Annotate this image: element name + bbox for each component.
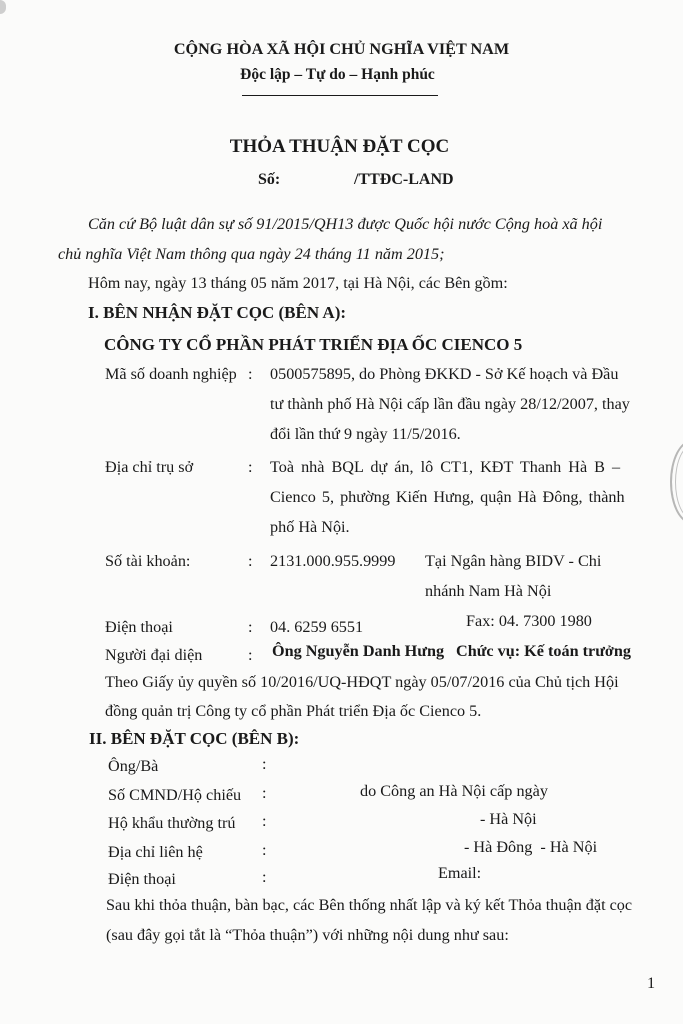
address-line2: Cienco 5, phường Kiến Hưng, quận Hà Đông…	[270, 488, 625, 507]
address-sep: :	[248, 458, 253, 477]
authorization-line1: Theo Giấy ủy quyền số 10/2016/UQ-HĐQT ng…	[105, 673, 619, 692]
motto: Độc lập – Tự do – Hạnh phúc	[0, 66, 679, 84]
tax-id-line2: tư thành phố Hà Nội cấp lần đầu ngày 28/…	[270, 395, 630, 414]
tax-id-label: Mã số doanh nghiệp	[105, 365, 237, 384]
party-b-address-value: - Hà Đông - Hà Nội	[464, 838, 597, 857]
scan-corner-mark	[0, 0, 6, 14]
party-b-residence-sep: :	[262, 812, 267, 831]
document-page: CỘNG HÒA XÃ HỘI CHỦ NGHĨA VIỆT NAM Độc l…	[0, 0, 683, 1024]
closing-line1: Sau khi thỏa thuận, bàn bạc, các Bên thố…	[106, 896, 632, 915]
tax-id-line1: 0500575895, do Phòng ĐKKD - Sở Kế hoạch …	[270, 365, 618, 384]
account-sep: :	[248, 552, 253, 571]
bank-line2: nhánh Nam Hà Nội	[425, 582, 551, 601]
document-title: THỎA THUẬN ĐẶT CỌC	[0, 136, 681, 158]
phone-label: Điện thoại	[105, 618, 173, 637]
party-b-name-sep: :	[262, 755, 267, 774]
country-header: CỘNG HÒA XÃ HỘI CHỦ NGHĨA VIỆT NAM	[0, 40, 683, 59]
party-b-address-sep: :	[262, 841, 267, 860]
party-a-heading: I. BÊN NHẬN ĐẶT CỌC (BÊN A):	[88, 303, 346, 323]
tax-id-line3: đổi lần thứ 9 ngày 11/5/2016.	[270, 425, 461, 444]
fax-number: Fax: 04. 7300 1980	[466, 612, 592, 631]
party-b-email-label: Email:	[438, 864, 481, 883]
party-b-phone-label: Điện thoại	[108, 870, 176, 889]
date-line: Hôm nay, ngày 13 tháng 05 năm 2017, tại …	[88, 274, 508, 293]
tax-id-sep: :	[248, 365, 253, 384]
representative-sep: :	[248, 646, 253, 665]
party-a-company: CÔNG TY CỔ PHẦN PHÁT TRIỂN ĐỊA ỐC CIENCO…	[104, 335, 522, 355]
bank-line1: Tại Ngân hàng BIDV - Chi	[425, 552, 601, 571]
party-b-id-value: do Công an Hà Nội cấp ngày	[360, 782, 548, 801]
representative-name: Ông Nguyễn Danh Hưng	[272, 642, 444, 661]
address-line3: phố Hà Nội.	[270, 518, 350, 537]
legal-basis-line2: chủ nghĩa Việt Nam thông qua ngày 24 thá…	[58, 245, 445, 264]
address-line1: Toà nhà BQL dự án, lô CT1, KĐT Thanh Hà …	[270, 458, 620, 477]
legal-basis-line1: Căn cứ Bộ luật dân sự số 91/2015/QH13 đư…	[88, 215, 602, 234]
party-b-heading: II. BÊN ĐẶT CỌC (BÊN B):	[89, 729, 299, 749]
motto-underline	[242, 95, 438, 96]
document-number-code: /TTĐC-LAND	[354, 171, 454, 189]
document-number-label: Số:	[258, 171, 280, 189]
party-b-address-label: Địa chỉ liên hệ	[108, 843, 203, 862]
representative-label: Người đại diện	[105, 646, 202, 665]
phone-sep: :	[248, 618, 253, 637]
party-b-residence-value: - Hà Nội	[480, 810, 537, 829]
stamp-seal-icon	[670, 440, 683, 524]
party-b-residence-label: Hộ khẩu thường trú	[108, 814, 236, 833]
page-number: 1	[647, 974, 655, 993]
party-b-name-label: Ông/Bà	[108, 757, 158, 776]
party-b-id-sep: :	[262, 784, 267, 803]
address-label: Địa chỉ trụ sở	[105, 458, 193, 477]
phone-number: 04. 6259 6551	[270, 618, 363, 637]
representative-position: Chức vụ: Kế toán trưởng	[456, 642, 631, 661]
account-label: Số tài khoản:	[105, 552, 190, 571]
account-number: 2131.000.955.9999	[270, 552, 395, 571]
closing-line2: (sau đây gọi tắt là “Thỏa thuận”) với nh…	[106, 926, 509, 945]
party-b-id-label: Số CMND/Hộ chiếu	[108, 786, 241, 805]
party-b-phone-sep: :	[262, 868, 267, 887]
authorization-line2: đồng quản trị Công ty cổ phần Phát triển…	[105, 702, 481, 721]
